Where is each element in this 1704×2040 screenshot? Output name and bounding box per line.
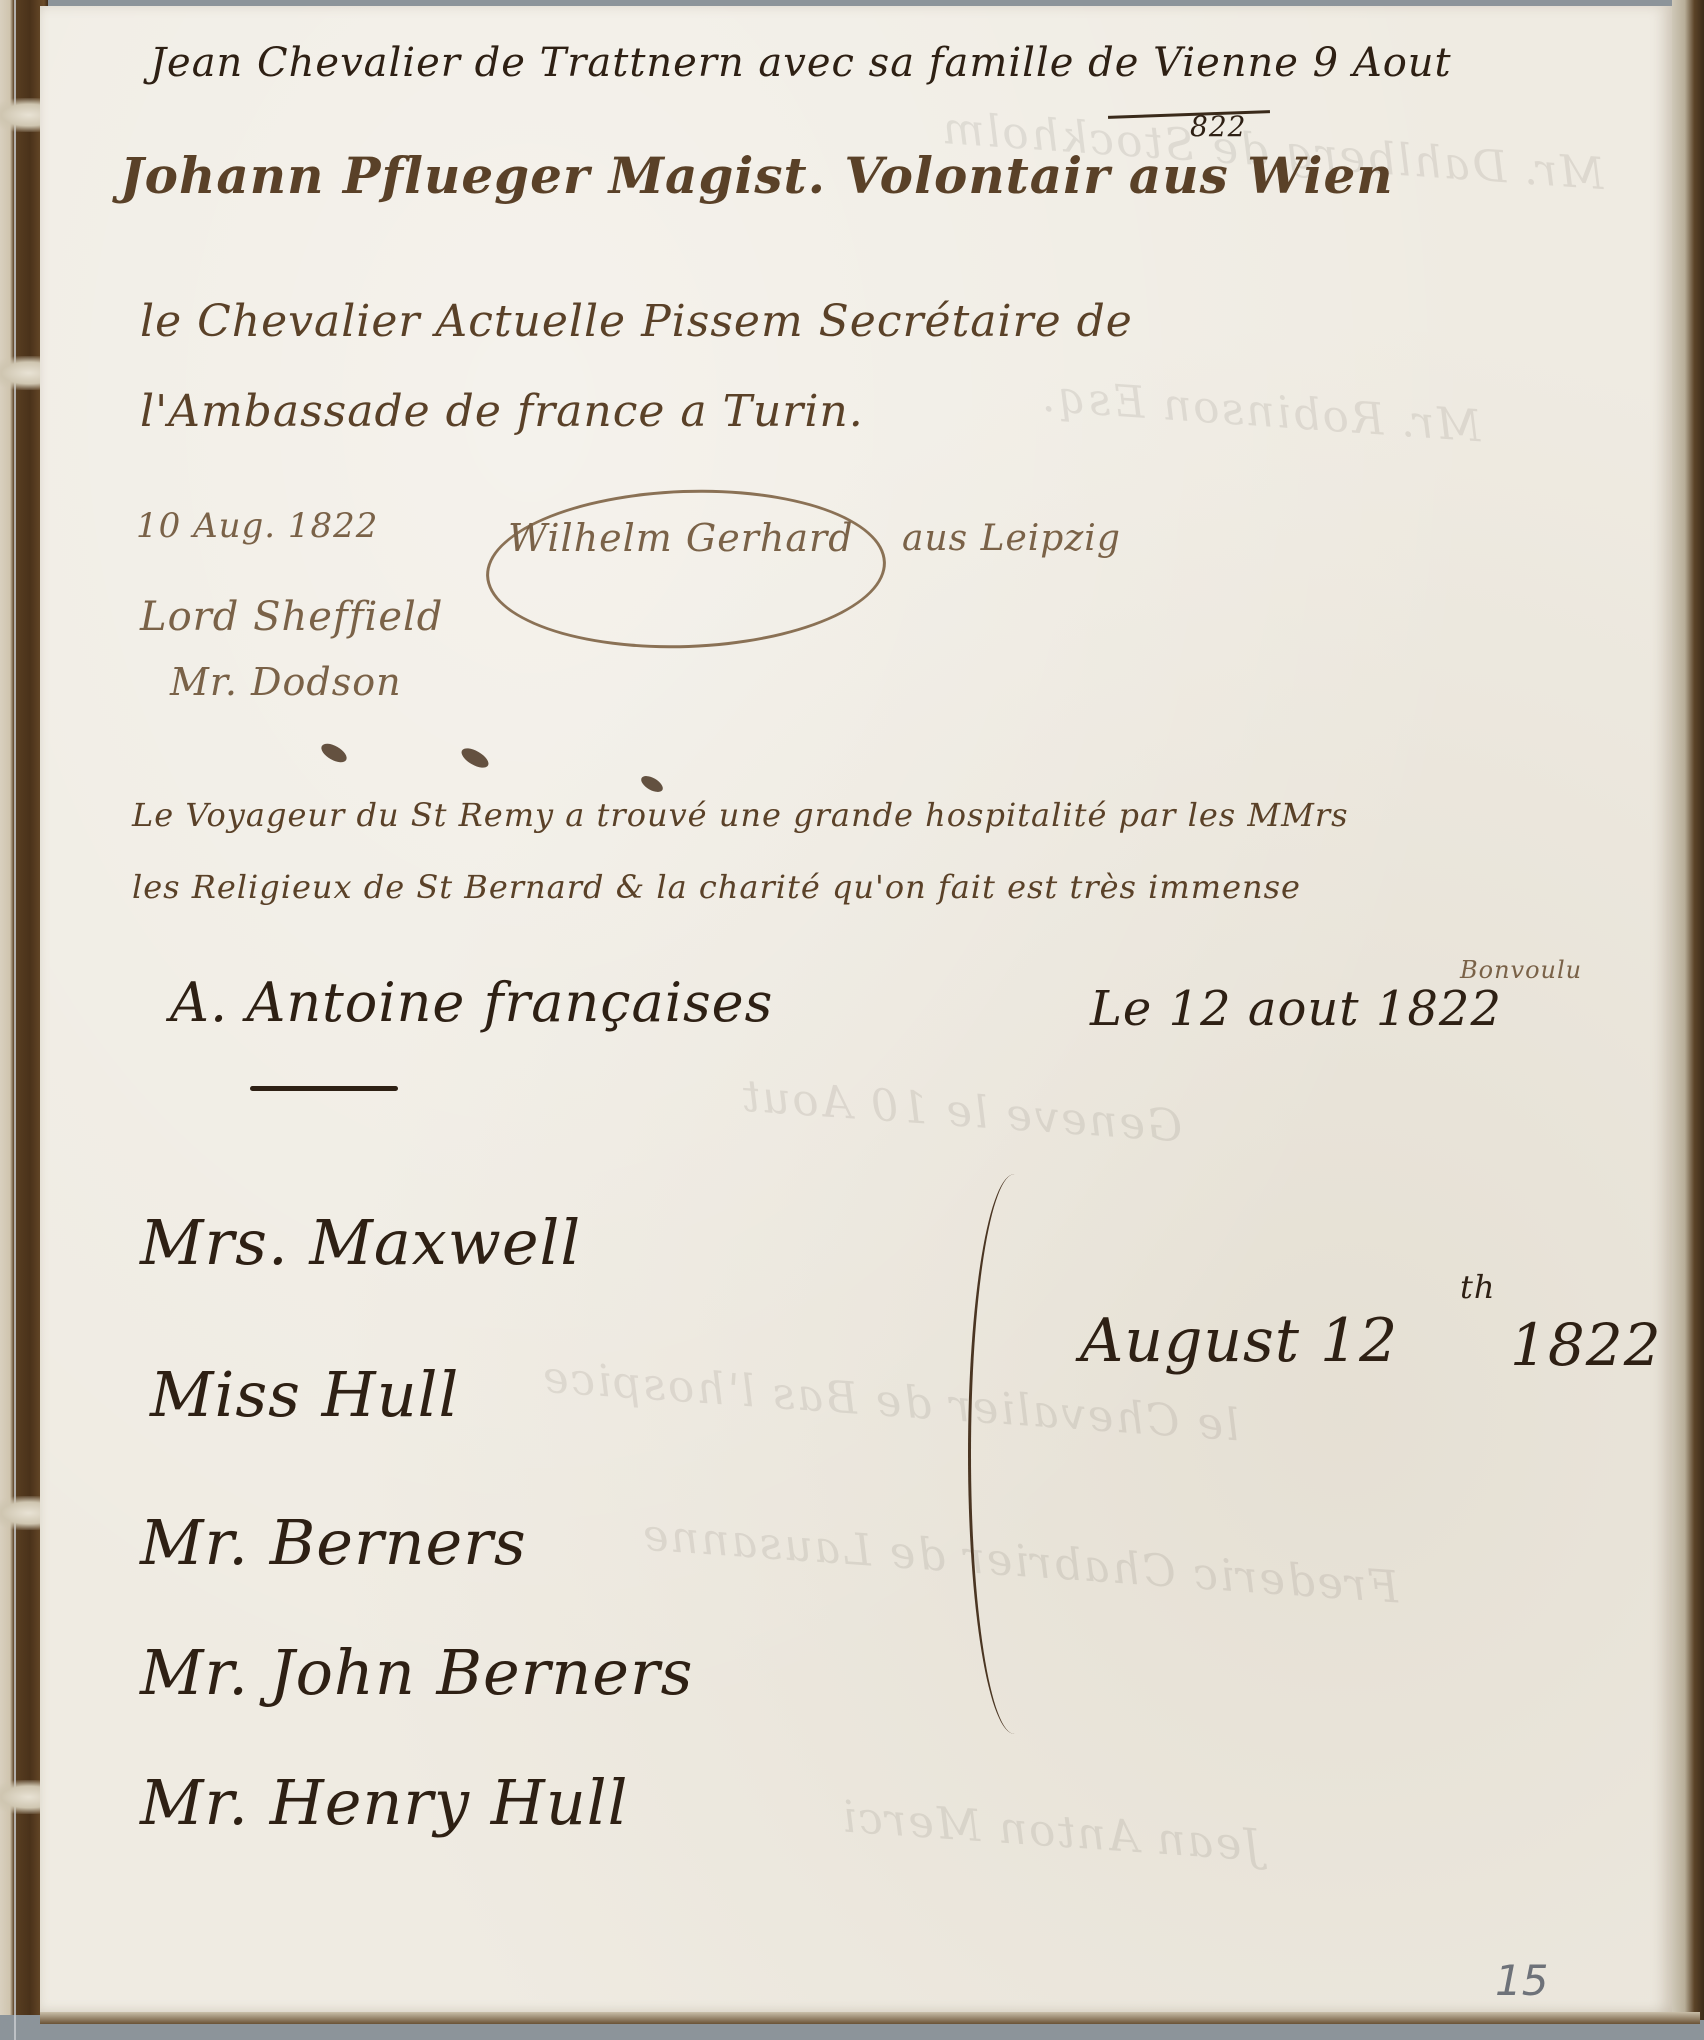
book-cover-edge-bottom bbox=[40, 2012, 1700, 2024]
manuscript-page: Mr. Dahlberg de Stockholm Mr. Robinson E… bbox=[40, 6, 1678, 2018]
entry-chevalier-secretaire-line2: l'Ambassade de france a Turin. bbox=[140, 386, 864, 437]
entry-wilhelm-gerhard-name: Wilhelm Gerhard bbox=[508, 516, 854, 560]
entry-johann-pflueger: Johann Pflueger Magist. Volontair aus Wi… bbox=[120, 146, 1394, 205]
entry-mrs-maxwell: Mrs. Maxwell bbox=[140, 1206, 581, 1279]
entry-voyageur-annotation: Bonvoulu bbox=[1460, 956, 1582, 984]
entry-antoine-signature: A. Antoine françaises bbox=[170, 971, 773, 1034]
entry-jean-chevalier-year: 822 bbox=[1190, 110, 1246, 143]
bleed-through-text: Mr. Robinson Esq. bbox=[1039, 371, 1483, 453]
entry-mr-henry-hull: Mr. Henry Hull bbox=[140, 1766, 628, 1839]
entry-mr-dodson: Mr. Dodson bbox=[170, 660, 402, 704]
entry-mr-john-berners: Mr. John Berners bbox=[140, 1636, 693, 1709]
entry-voyageur-line1: Le Voyageur du St Remy a trouvé une gran… bbox=[132, 796, 1349, 834]
entry-lord-sheffield: Lord Sheffield bbox=[140, 594, 443, 640]
entry-jean-chevalier: Jean Chevalier de Trattnern avec sa fami… bbox=[150, 40, 1452, 86]
group-date-year: 1822 bbox=[1510, 1311, 1662, 1379]
grouping-bracket bbox=[968, 1174, 1061, 1734]
group-date-month-day: August 12 bbox=[1080, 1306, 1398, 1376]
entry-antoine-date: Le 12 aout 1822 bbox=[1090, 981, 1502, 1037]
bleed-through-text: Jean Anton Merci bbox=[839, 1791, 1263, 1871]
entry-mr-berners: Mr. Berners bbox=[140, 1506, 527, 1579]
separator-rule bbox=[250, 1086, 398, 1091]
entry-miss-hull: Miss Hull bbox=[150, 1358, 459, 1431]
ink-blot bbox=[318, 740, 349, 766]
entry-wilhelm-gerhard-place: aus Leipzig bbox=[902, 518, 1121, 559]
binding-thread-line bbox=[14, 0, 16, 2040]
entry-wilhelm-gerhard-date: 10 Aug. 1822 bbox=[136, 506, 378, 546]
folio-page-number: 15 bbox=[1495, 1956, 1548, 2005]
encircled-name-oval bbox=[483, 483, 888, 655]
bleed-through-text: Geneve le 10 Aout bbox=[739, 1071, 1184, 1153]
entry-chevalier-secretaire-line1: le Chevalier Actuelle Pissem Secrétaire … bbox=[140, 296, 1133, 347]
ink-blot bbox=[459, 744, 492, 771]
book-cover-edge-right bbox=[1672, 0, 1704, 2020]
entry-voyageur-line2: les Religieux de St Bernard & la charité… bbox=[132, 868, 1301, 906]
group-date-ordinal: th bbox=[1460, 1268, 1495, 1306]
ink-blot bbox=[639, 773, 666, 795]
